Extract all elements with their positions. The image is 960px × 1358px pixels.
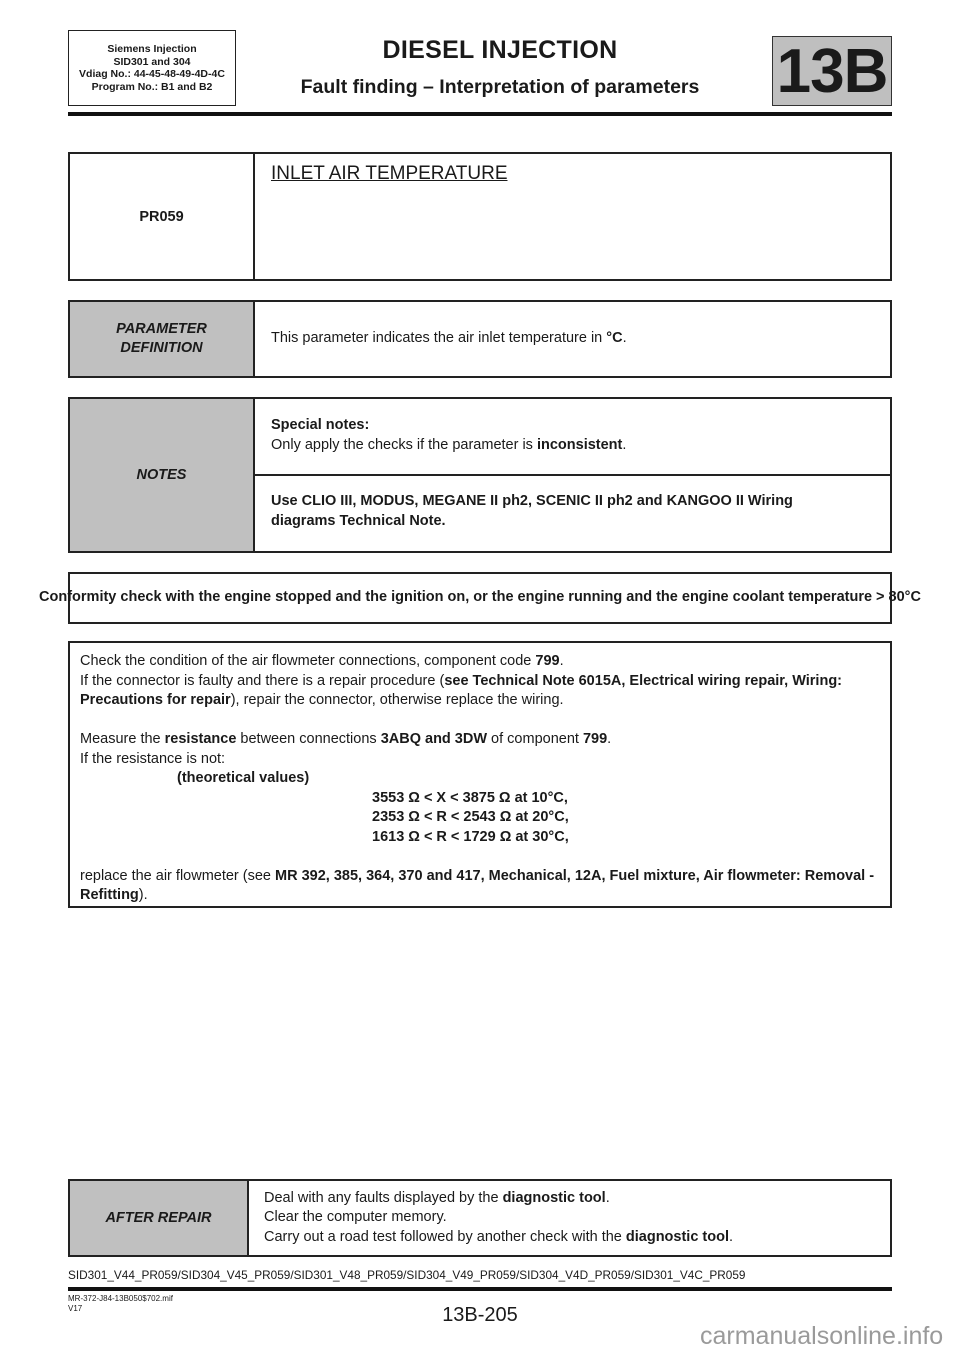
conformity-box: Conformity check with the engine stopped… bbox=[68, 572, 892, 624]
info-line: SID301 and 304 bbox=[113, 56, 190, 69]
text: of component bbox=[487, 731, 583, 747]
text: resistance bbox=[165, 731, 237, 747]
component-code: 799 bbox=[535, 653, 559, 669]
section-badge: 13B bbox=[772, 36, 892, 106]
footer-divider bbox=[68, 1287, 892, 1291]
parameter-code: PR059 bbox=[70, 154, 255, 279]
document-info-box: Siemens Injection SID301 and 304 Vdiag N… bbox=[68, 30, 236, 106]
label-line: DEFINITION bbox=[120, 339, 202, 358]
info-line: Program No.: B1 and B2 bbox=[92, 81, 213, 94]
text: This parameter indicates the air inlet t… bbox=[271, 330, 606, 346]
after-repair-label: AFTER REPAIR bbox=[70, 1181, 249, 1255]
text: ), repair the connector, otherwise repla… bbox=[231, 692, 564, 708]
text: diagnostic tool bbox=[626, 1229, 729, 1245]
resistance-values: 3553 Ω < X < 3875 Ω at 10°C, 2353 Ω < R … bbox=[80, 789, 880, 848]
resistance-value: 3553 Ω < X < 3875 Ω at 10°C, bbox=[372, 789, 880, 809]
text: . bbox=[560, 653, 564, 669]
text: . bbox=[606, 1190, 610, 1206]
page-title: DIESEL INJECTION bbox=[250, 36, 750, 65]
footer-references: SID301_V44_PR059/SID304_V45_PR059/SID301… bbox=[68, 1268, 746, 1282]
header-divider bbox=[68, 112, 892, 116]
text: . bbox=[607, 731, 611, 747]
component-code: 799 bbox=[583, 731, 607, 747]
theoretical-label: (theoretical values) bbox=[177, 770, 309, 786]
definition-table: PARAMETER DEFINITION This parameter indi… bbox=[68, 300, 892, 378]
text: between connections bbox=[236, 731, 380, 747]
text: Only apply the checks if the parameter i… bbox=[271, 437, 537, 453]
text: Clear the computer memory. bbox=[264, 1208, 874, 1228]
after-repair-table: AFTER REPAIR Deal with any faults displa… bbox=[68, 1179, 892, 1257]
info-line: Vdiag No.: 44-45-48-49-4D-4C bbox=[79, 68, 225, 81]
text: Deal with any faults displayed by the bbox=[264, 1190, 503, 1206]
special-notes-title: Special notes: bbox=[271, 417, 369, 433]
parameter-name: INLET AIR TEMPERATURE bbox=[271, 163, 508, 184]
definition-text: This parameter indicates the air inlet t… bbox=[255, 302, 890, 376]
resistance-value: 2353 Ω < R < 2543 Ω at 20°C, bbox=[372, 808, 880, 828]
watermark: carmanualsonline.info bbox=[700, 1322, 943, 1351]
text: . bbox=[623, 330, 627, 346]
text: Measure the bbox=[80, 731, 165, 747]
conformity-text: Conformity check with the engine stopped… bbox=[39, 588, 921, 608]
procedure-box: Check the condition of the air flowmeter… bbox=[68, 641, 892, 908]
text: Check the condition of the air flowmeter… bbox=[80, 653, 535, 669]
connections: 3ABQ and 3DW bbox=[381, 731, 487, 747]
file-name: MR-372-J84-13B050$702.mif bbox=[68, 1294, 173, 1304]
notes-table: NOTES Special notes: Only apply the chec… bbox=[68, 397, 892, 553]
unit: °C bbox=[606, 330, 622, 346]
wiring-note: Use CLIO III, MODUS, MEGANE II ph2, SCEN… bbox=[271, 493, 793, 529]
text: diagnostic tool bbox=[503, 1190, 606, 1206]
text: replace the air flowmeter (see bbox=[80, 868, 275, 884]
text: ). bbox=[139, 887, 148, 903]
definition-label: PARAMETER DEFINITION bbox=[70, 302, 255, 376]
info-line: Siemens Injection bbox=[107, 43, 196, 56]
text: inconsistent bbox=[537, 437, 622, 453]
resistance-value: 1613 Ω < R < 1729 Ω at 30°C, bbox=[372, 828, 880, 848]
parameter-table: PR059 INLET AIR TEMPERATURE bbox=[68, 152, 892, 281]
special-notes: Special notes: Only apply the checks if … bbox=[255, 399, 890, 476]
text: If the resistance is not: bbox=[80, 750, 880, 770]
label-line: PARAMETER bbox=[116, 320, 207, 339]
text: . bbox=[622, 437, 626, 453]
text: . bbox=[729, 1229, 733, 1245]
page-subtitle: Fault finding – Interpretation of parame… bbox=[250, 76, 750, 99]
notes-label: NOTES bbox=[70, 399, 255, 551]
text: Carry out a road test followed by anothe… bbox=[264, 1229, 626, 1245]
text: If the connector is faulty and there is … bbox=[80, 673, 444, 689]
